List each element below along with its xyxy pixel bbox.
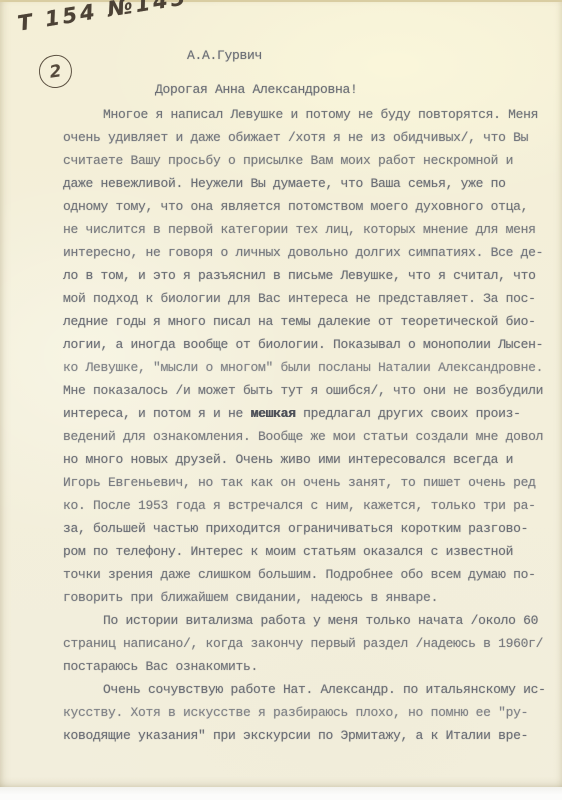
letter-line: ко Левушке, "мысли о многом" были послан… xyxy=(63,356,553,379)
letter-line: Игорь Евгеньевич, но так как он очень за… xyxy=(63,471,553,494)
letter-line: даже невежливой. Неужели Вы думаете, что… xyxy=(63,172,553,195)
letter-line: постараюсь Вас ознакомить. xyxy=(63,655,553,678)
salutation-line: Дорогая Анна Александровна! xyxy=(155,82,358,97)
letter-body: Многое я написал Левушке и потому не буд… xyxy=(63,103,553,747)
letter-line: очень удивляет и даже обижает /хотя я не… xyxy=(63,126,553,149)
page-number: 2 xyxy=(48,61,63,82)
scanned-letter-page: Т 154 №145 2 А.А.Гурвич Дорогая Анна Але… xyxy=(0,0,562,800)
paper-sheet: Т 154 №145 2 А.А.Гурвич Дорогая Анна Але… xyxy=(0,0,562,789)
author-name-line: А.А.Гурвич xyxy=(187,48,262,63)
emphasized-word: мешкая xyxy=(251,406,296,421)
letter-line: за, большей частью приходится ограничива… xyxy=(63,517,553,540)
letter-line: ведений для ознакомления. Вообще же мои … xyxy=(63,425,553,448)
scanner-background xyxy=(0,787,562,800)
letter-line: Мне показалось /и может быть тут я ошибс… xyxy=(63,379,553,402)
letter-line: кусству. Хотя в искусстве я разбираюсь п… xyxy=(63,701,553,724)
letter-line: ром по телефону. Интерес к моим статьям … xyxy=(63,540,553,563)
handwritten-page-number-circle: 2 xyxy=(37,53,74,90)
letter-line: считаете Вашу просьбу о присылке Вам мои… xyxy=(63,149,553,172)
letter-line: Очень сочувствую работе Нат. Александр. … xyxy=(63,678,553,701)
letter-line: логии, а иногда вообще от биологии. Пока… xyxy=(63,333,553,356)
letter-line: ководящие указания" при экскурсии по Эрм… xyxy=(63,724,553,747)
letter-line: точки зрения даже слишком большим. Подро… xyxy=(63,563,553,586)
letter-line: Многое я написал Левушке и потому не буд… xyxy=(63,103,553,126)
letter-line: ко. После 1953 года я встречался с ним, … xyxy=(63,494,553,517)
letter-line: говорить при ближайшем свидании, надеюсь… xyxy=(63,586,553,609)
letter-line: но много новых друзей. Очень живо ими ин… xyxy=(63,448,553,471)
handwritten-archive-mark: Т 154 №145 xyxy=(16,0,190,36)
letter-line: ледние годы я много писал на темы далеки… xyxy=(63,310,553,333)
letter-line: страниц написано/, когда закончу первый … xyxy=(63,632,553,655)
letter-line: интересно, не говоря о личных довольно д… xyxy=(63,241,553,264)
letter-line: мой подход к биологии для Вас интереса н… xyxy=(63,287,553,310)
letter-line: По истории витализма работа у меня тольк… xyxy=(63,609,553,632)
letter-line: не числится в первой категории тех лиц, … xyxy=(63,218,553,241)
letter-line: одному тому, что она является потомством… xyxy=(63,195,553,218)
letter-line: ло в том, и это я разъяснил в письме Лев… xyxy=(63,264,553,287)
letter-line: интереса, и потом я и не мешкая предлага… xyxy=(63,402,553,425)
